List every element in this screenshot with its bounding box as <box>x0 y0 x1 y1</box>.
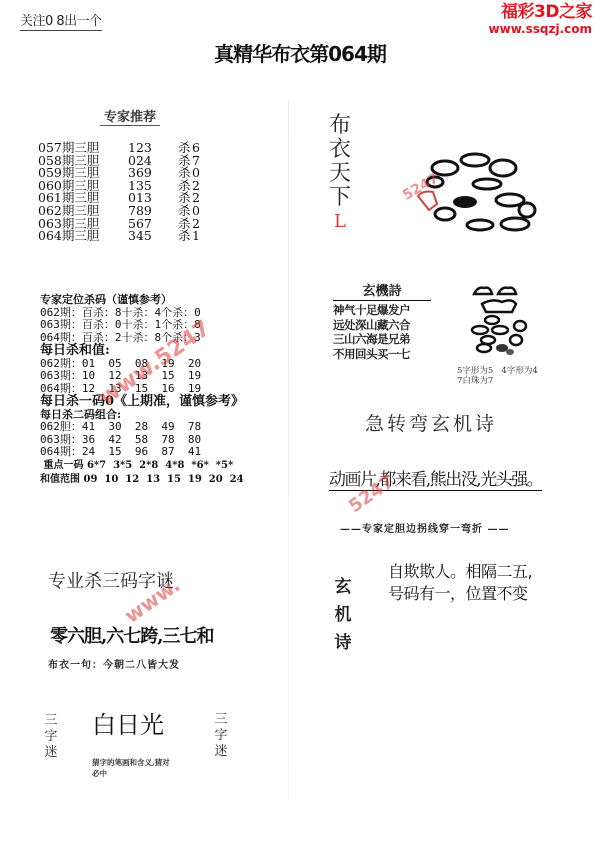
top-note: 关注0 8出一个 <box>20 10 102 31</box>
mystic-poem-box: 玄機詩 神气十足爆发户 远处深山藏六合 三山六海是兄弟 不用回头买一七 <box>333 280 431 361</box>
char: 迷 <box>43 745 59 761</box>
poem-line: 不用回头买一七 <box>333 347 431 362</box>
mystic-poem-text: 自欺欺人。相隔二五, 号码有一，位置不变 <box>388 561 532 605</box>
brand-url: www.ssqzj.com <box>489 22 592 36</box>
char: 天 <box>328 162 352 186</box>
focus-code-values: 6*7 3*5 2*8 4*8 *6* *5* <box>87 460 233 471</box>
cloth-saying: 布衣一句：今朝二八皆大发 <box>48 656 180 671</box>
brand-logo[interactable]: 福彩3D之家 www.ssqzj.com <box>489 2 592 36</box>
sum-range-row: 和值范围 09 10 12 13 15 19 20 24 <box>40 473 244 487</box>
table-row: 064期三胆345杀 1 <box>38 230 200 243</box>
vertical-title: 布 衣 天 下 L <box>328 114 352 234</box>
riddle-label-right: 三 字 迷 <box>213 712 229 760</box>
char: 三 <box>213 712 229 728</box>
nums-cell: 345 <box>128 230 178 243</box>
char: 字 <box>43 729 59 745</box>
poem-line: 三山六海是兄弟 <box>333 332 431 347</box>
focus-code-label: 重点一码 <box>43 460 83 471</box>
char: 迷 <box>213 744 229 760</box>
char: 衣 <box>328 138 352 162</box>
char: L <box>328 210 352 234</box>
mystic-label: 玄 机 诗 <box>334 573 352 657</box>
shape-caption: 5字形为5 4字形为4 7白珠为7 <box>457 366 538 386</box>
char: 布 <box>328 114 352 138</box>
period-cell: 064期三胆 <box>38 230 128 243</box>
expert-hint-line: ——专家定胆边拐线穿一弯折 —— <box>340 520 509 535</box>
sum-range-label: 和值范围 <box>40 474 80 485</box>
cartoon-riddle-line: 动画片,都来看,熊出没,光头强。 <box>329 465 542 491</box>
bead-ring-icon <box>415 150 540 240</box>
stats-block: 专家定位杀码（谨慎参考） 062期：百杀：8十杀：4个杀：0 063期：百杀：0… <box>40 294 244 487</box>
daily-one-kill-title: 每日杀一码0《上期准，谨慎参考》 <box>40 396 244 409</box>
kill-cell: 1 <box>192 230 200 243</box>
char: 机 <box>334 601 352 629</box>
pearl-figure-icon <box>470 282 535 357</box>
position-kill-row: 063期：百杀：0十杀：1个杀：8 <box>40 319 244 332</box>
char: 三 <box>43 713 59 729</box>
riddle-poem-title: 急转弯玄机诗 <box>365 409 497 436</box>
daily-two-kill-row: 064期：24 15 96 87 41 <box>40 446 244 459</box>
sum-range-values: 09 10 12 13 15 19 20 24 <box>83 474 243 485</box>
poem-line: 远处深山藏六合 <box>333 318 431 333</box>
expert-picks-table: 057期三胆123杀 6 058期三胆024杀 7 059期三胆369杀 0 0… <box>38 142 200 243</box>
riddle-hint: 猜字的笔画和含义,猜对必中 <box>92 757 172 779</box>
riddle-word: 白日光 <box>92 705 164 740</box>
char: 下 <box>328 186 352 210</box>
mystic-line: 号码有一，位置不变 <box>388 583 532 605</box>
kill-label: 杀 <box>178 230 192 243</box>
char: 诗 <box>334 629 352 657</box>
brand-name: 福彩3D之家 <box>489 2 592 22</box>
poem-line: 神气十足爆发户 <box>333 303 431 318</box>
riddle-label-left: 三 字 迷 <box>43 713 59 761</box>
poem-title: 玄機詩 <box>333 280 431 301</box>
expert-picks-title: 专家推荐 <box>100 106 160 126</box>
daily-two-kill-row: 062胆：41 30 28 49 78 <box>40 421 244 434</box>
mystic-line: 自欺欺人。相隔二五, <box>388 561 532 583</box>
page-title: 真精华布衣第064期 <box>0 38 600 67</box>
position-kill-title: 专家定位杀码（谨慎参考） <box>40 294 244 307</box>
char: 玄 <box>334 573 352 601</box>
char: 字 <box>213 728 229 744</box>
column-divider <box>288 100 289 800</box>
focus-code-row: 重点一码 6*7 3*5 2*8 4*8 *6* *5* <box>40 459 244 473</box>
